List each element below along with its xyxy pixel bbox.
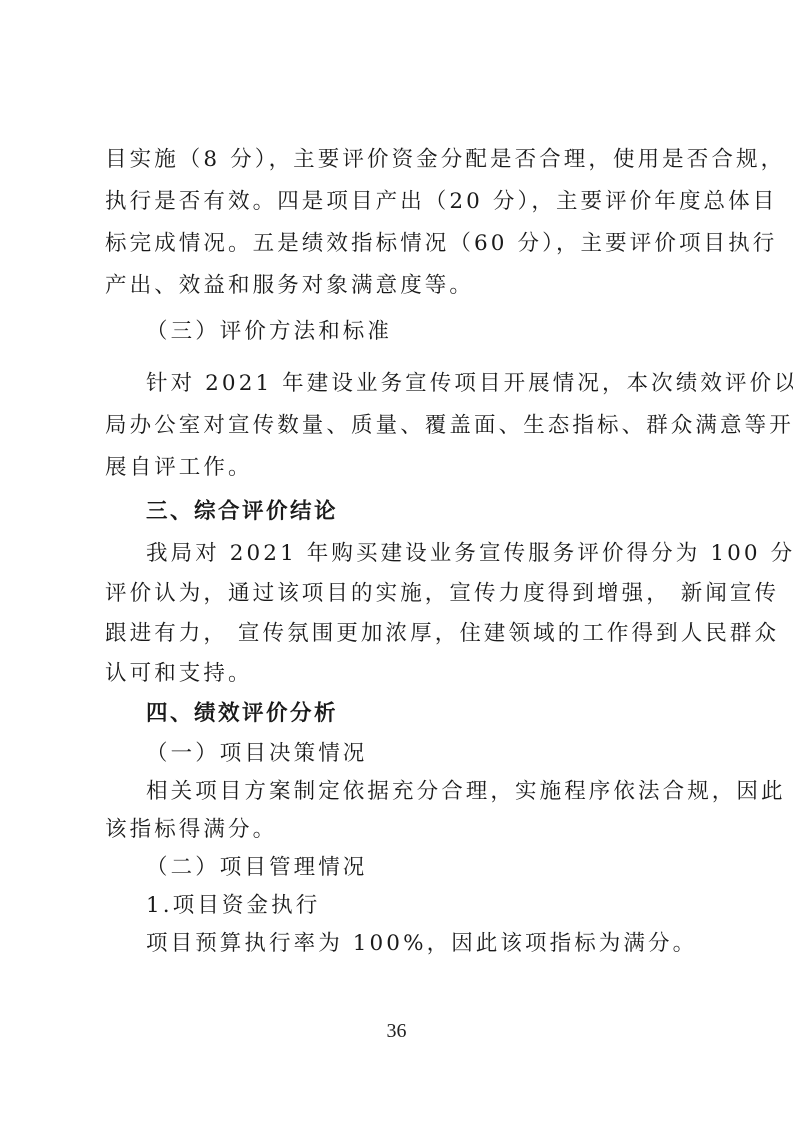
- subheading-project-decision: （一）项目决策情况: [146, 740, 736, 768]
- item-fund-execution: 1.项目资金执行: [146, 892, 736, 920]
- body-line: 我局对 2021 年购买建设业务宣传服务评价得分为 100 分。: [146, 540, 736, 568]
- body-line: 产出、效益和服务对象满意度等。: [105, 272, 695, 300]
- subheading-project-management: （二）项目管理情况: [146, 854, 736, 882]
- heading-conclusion: 三、综合评价结论: [146, 498, 736, 526]
- subheading-evaluation-method: （三）评价方法和标准: [146, 318, 736, 346]
- body-line: 相关项目方案制定依据充分合理，实施程序依法合规，因此: [146, 778, 736, 806]
- page-number: 36: [0, 1020, 793, 1043]
- body-line: 认可和支持。: [105, 660, 695, 688]
- document-page: 目实施（8 分），主要评价资金分配是否合理，使用是否合规， 执行是否有效。四是项…: [0, 0, 793, 1122]
- body-line: 展自评工作。: [105, 454, 695, 482]
- body-line: 执行是否有效。四是项目产出（20 分），主要评价年度总体目: [105, 188, 695, 216]
- body-line: 局办公室对宣传数量、质量、覆盖面、生态指标、群众满意等开: [105, 412, 695, 440]
- body-line: 针对 2021 年建设业务宣传项目开展情况，本次绩效评价以: [146, 370, 736, 398]
- body-line: 目实施（8 分），主要评价资金分配是否合理，使用是否合规，: [105, 146, 695, 174]
- body-line: 标完成情况。五是绩效指标情况（60 分），主要评价项目执行: [105, 230, 695, 258]
- body-line: 该指标得满分。: [105, 816, 695, 844]
- body-line: 项目预算执行率为 100%，因此该项指标为满分。: [146, 930, 736, 958]
- body-line: 跟进有力， 宣传氛围更加浓厚，住建领域的工作得到人民群众: [105, 620, 695, 648]
- body-line: 评价认为，通过该项目的实施，宣传力度得到增强， 新闻宣传: [105, 580, 695, 608]
- heading-performance-analysis: 四、绩效评价分析: [146, 700, 736, 728]
